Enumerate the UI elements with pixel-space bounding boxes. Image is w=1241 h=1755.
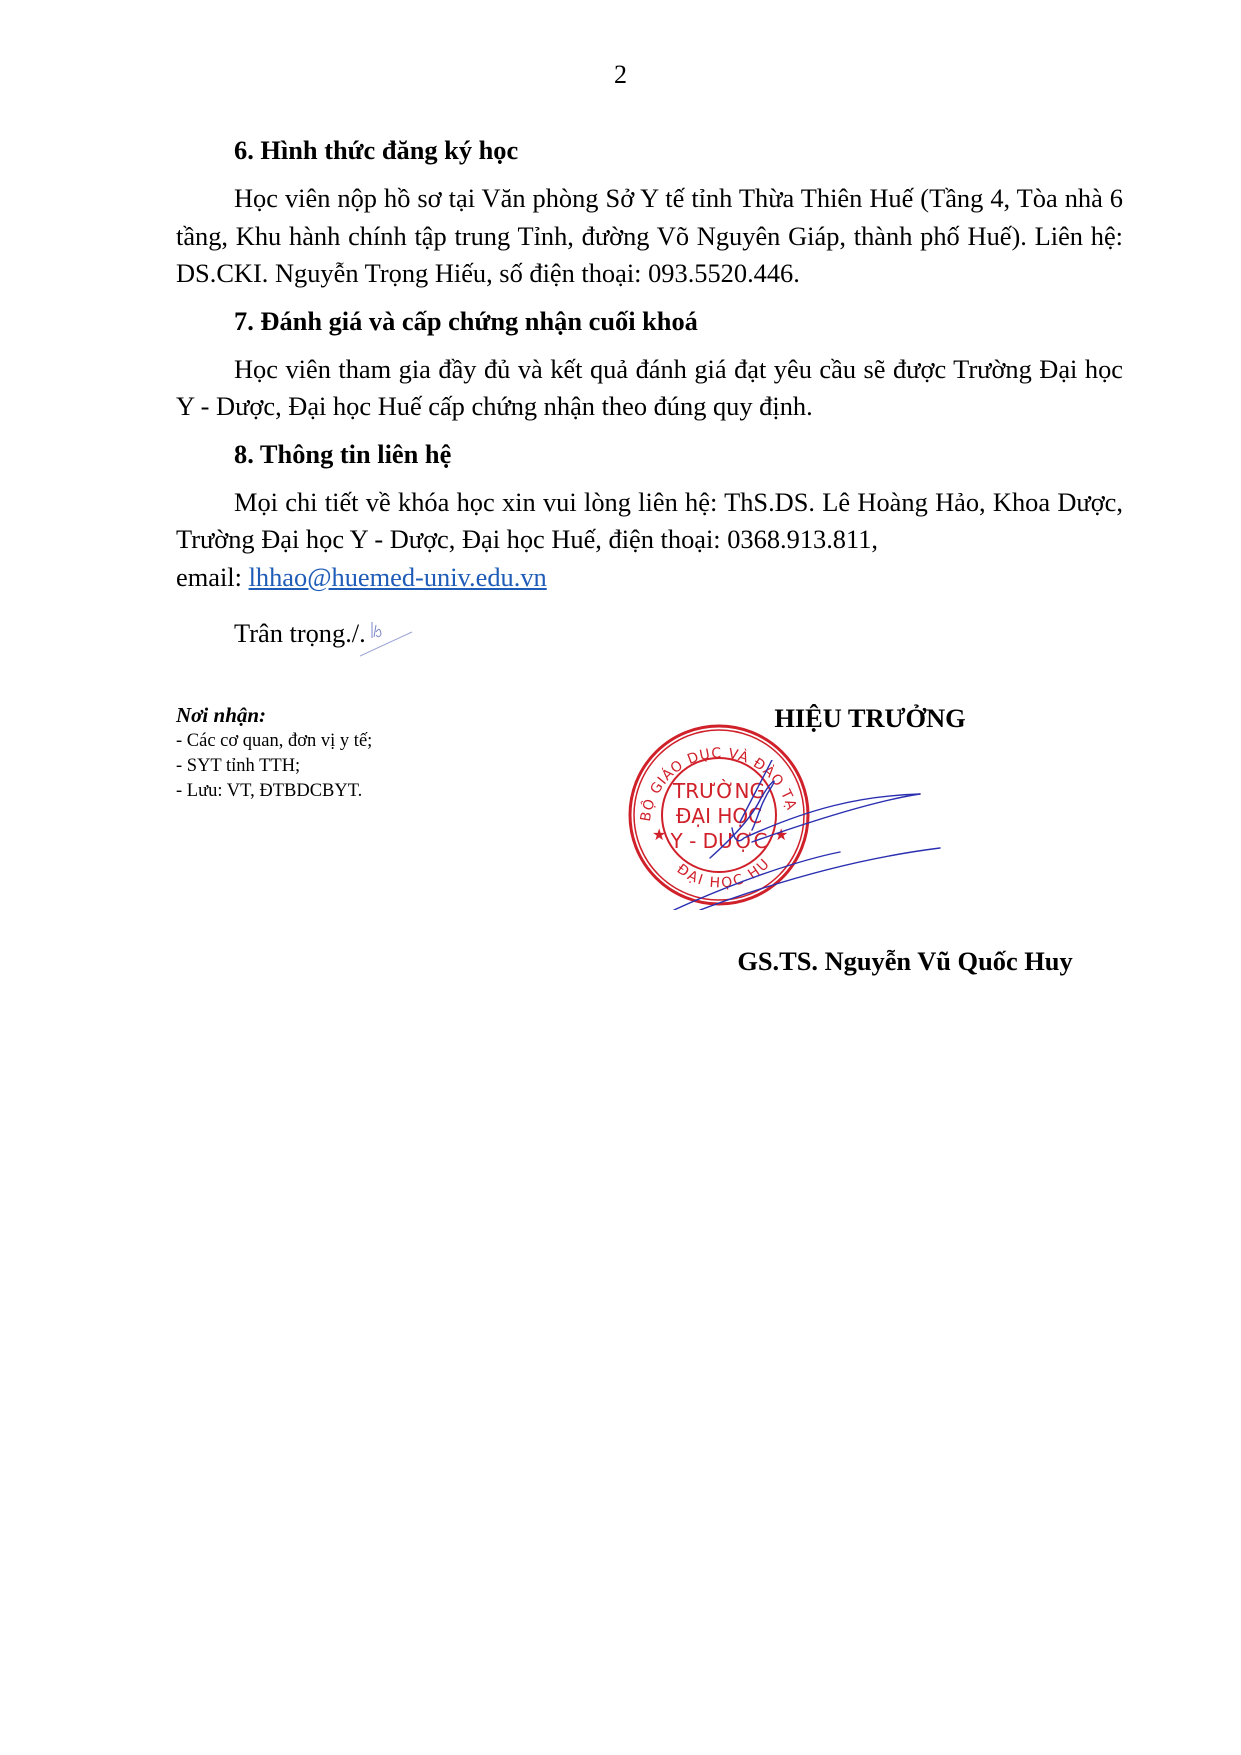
section-heading: 7. Đánh giá và cấp chứng nhận cuối khoá [176, 303, 1123, 351]
page-number: 2 [0, 60, 1241, 90]
email-link[interactable]: lhhao@huemed-univ.edu.vn [249, 562, 547, 592]
section-paragraph: Mọi chi tiết về khóa học xin vui lòng li… [176, 484, 1123, 559]
email-label: email: [176, 562, 249, 592]
document-body: 6. Hình thức đăng ký học Học viên nộp hồ… [176, 132, 1123, 596]
recipient-item: - Các cơ quan, đơn vị y tế; [176, 729, 372, 754]
section-heading: 6. Hình thức đăng ký học [176, 132, 1123, 180]
section-paragraph: Học viên nộp hồ sơ tại Văn phòng Sở Y tế… [176, 180, 1123, 293]
signer-name: GS.TS. Nguyễn Vũ Quốc Huy [670, 945, 1140, 977]
initials-mark [360, 620, 430, 660]
recipient-item: - Lưu: VT, ĐTBDCBYT. [176, 779, 372, 804]
signature-icon [660, 760, 1020, 910]
section-paragraph: Học viên tham gia đầy đủ và kết quả đánh… [176, 351, 1123, 426]
section-registration: 6. Hình thức đăng ký học Học viên nộp hồ… [176, 132, 1123, 293]
section-evaluation: 7. Đánh giá và cấp chứng nhận cuối khoá … [176, 303, 1123, 426]
recipient-item: - SYT tỉnh TTH; [176, 754, 372, 779]
recipients-title: Nơi nhận: [176, 702, 372, 729]
closing-text: Trân trọng./. [234, 615, 366, 653]
section-heading: 8. Thông tin liên hệ [176, 436, 1123, 484]
section-contact: 8. Thông tin liên hệ Mọi chi tiết về khó… [176, 436, 1123, 597]
recipients-block: Nơi nhận: - Các cơ quan, đơn vị y tế; - … [176, 702, 372, 804]
email-line: email: lhhao@huemed-univ.edu.vn [176, 559, 1123, 597]
